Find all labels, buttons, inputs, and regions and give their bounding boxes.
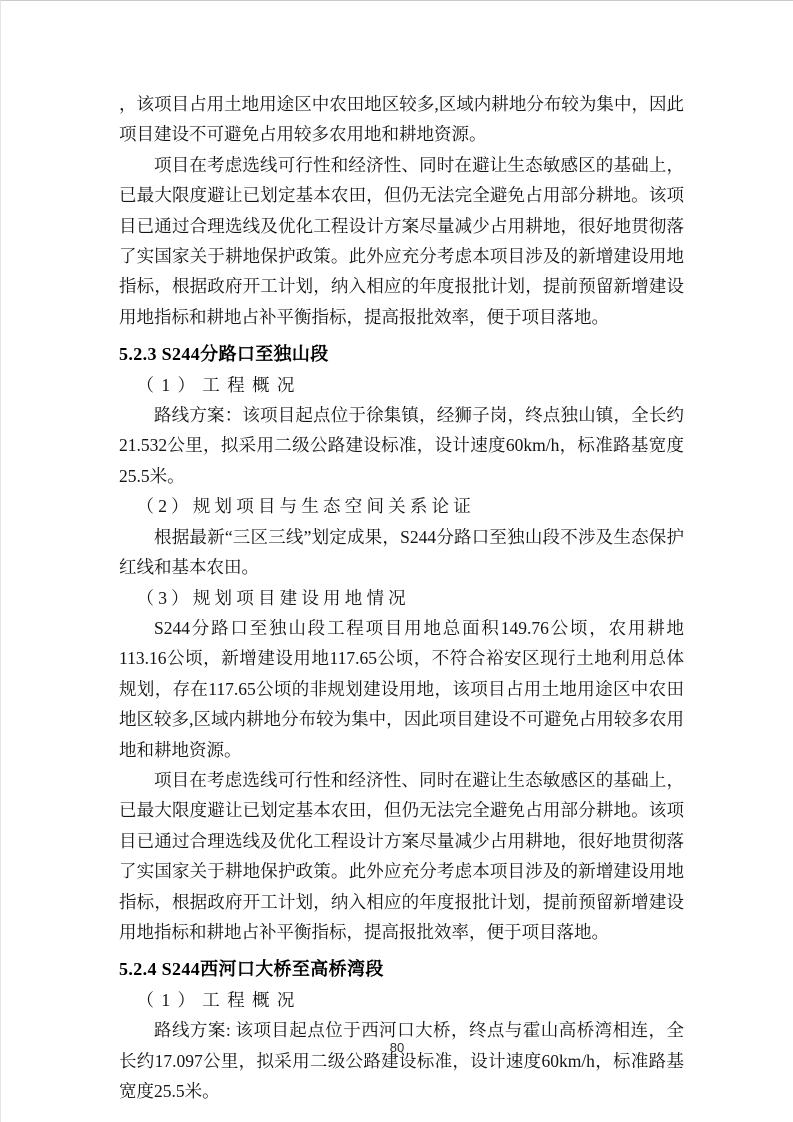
body-paragraph: 路线方案: 该项目起点位于西河口大桥，终点与霍山高桥湾相连，全长约17.097公… bbox=[119, 1015, 684, 1106]
document-body: ，该项目占用土地用途区中农田地区较多,区域内耕地分布较为集中，因此项目建设不可避… bbox=[119, 89, 684, 1106]
subheading-eco-space-relation: （2）规划项目与生态空间关系论证 bbox=[119, 491, 684, 521]
subheading-project-overview: （1）工程概况 bbox=[119, 370, 684, 400]
subheading-project-overview: （1）工程概况 bbox=[119, 985, 684, 1015]
section-heading-5-2-3: 5.2.3 S244分路口至独山段 bbox=[119, 339, 684, 369]
body-paragraph: 项目在考虑选线可行性和经济性、同时在避让生态敏感区的基础上，已最大限度避让已划定… bbox=[119, 765, 684, 947]
subheading-construction-land: （3）规划项目建设用地情况 bbox=[119, 583, 684, 613]
section-heading-5-2-4: 5.2.4 S244西河口大桥至高桥湾段 bbox=[119, 954, 684, 984]
body-paragraph: 根据最新“三区三线”划定成果，S244分路口至独山段不涉及生态保护红线和基本农田… bbox=[119, 522, 684, 583]
page-number: 80 bbox=[1, 1039, 793, 1057]
body-paragraph: 项目在考虑选线可行性和经济性、同时在避让生态敏感区的基础上，已最大限度避让已划定… bbox=[119, 150, 684, 332]
body-paragraph: 路线方案：该项目起点位于徐集镇，经狮子岗，终点独山镇，全长约21.532公里，拟… bbox=[119, 400, 684, 491]
body-paragraph: ，该项目占用土地用途区中农田地区较多,区域内耕地分布较为集中，因此项目建设不可避… bbox=[119, 89, 684, 150]
body-paragraph: S244分路口至独山段工程项目用地总面积149.76公顷，农用耕地 113.16… bbox=[119, 613, 684, 765]
document-page: ，该项目占用土地用途区中农田地区较多,区域内耕地分布较为集中，因此项目建设不可避… bbox=[0, 0, 793, 1122]
